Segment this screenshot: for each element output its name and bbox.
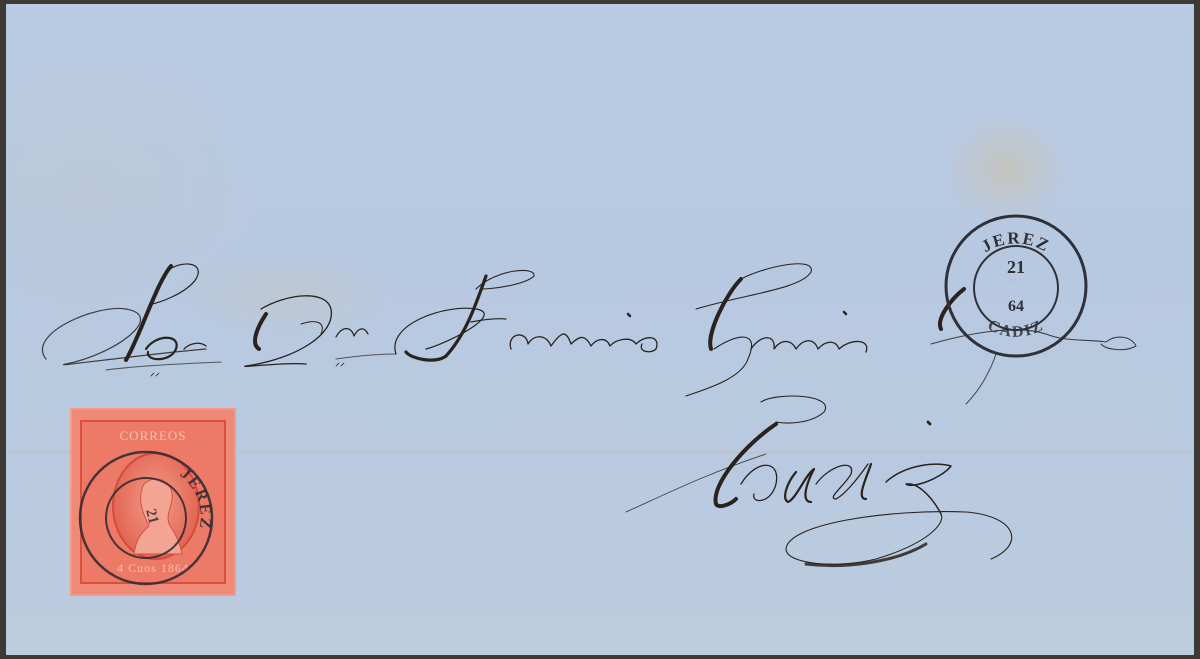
- stamp-cancellation: JEREZ 21: [66, 438, 226, 598]
- svg-text:CADIZ: CADIZ: [985, 317, 1047, 341]
- envelope: JEREZ CADIZ 21 · · · 64 CORREOS 4 Cuos 1…: [6, 4, 1194, 655]
- svg-text:· · ·: · · ·: [1010, 276, 1022, 285]
- postmark-jerez: JEREZ CADIZ 21 · · · 64: [941, 211, 1091, 361]
- postage-stamp: CORREOS 4 Cuos 1864 JEREZ 21: [70, 408, 236, 596]
- svg-text:JEREZ: JEREZ: [978, 228, 1053, 256]
- postmark-day: 21: [1007, 257, 1025, 277]
- svg-text:21: 21: [142, 507, 161, 526]
- postmark-year: 64: [1008, 298, 1024, 315]
